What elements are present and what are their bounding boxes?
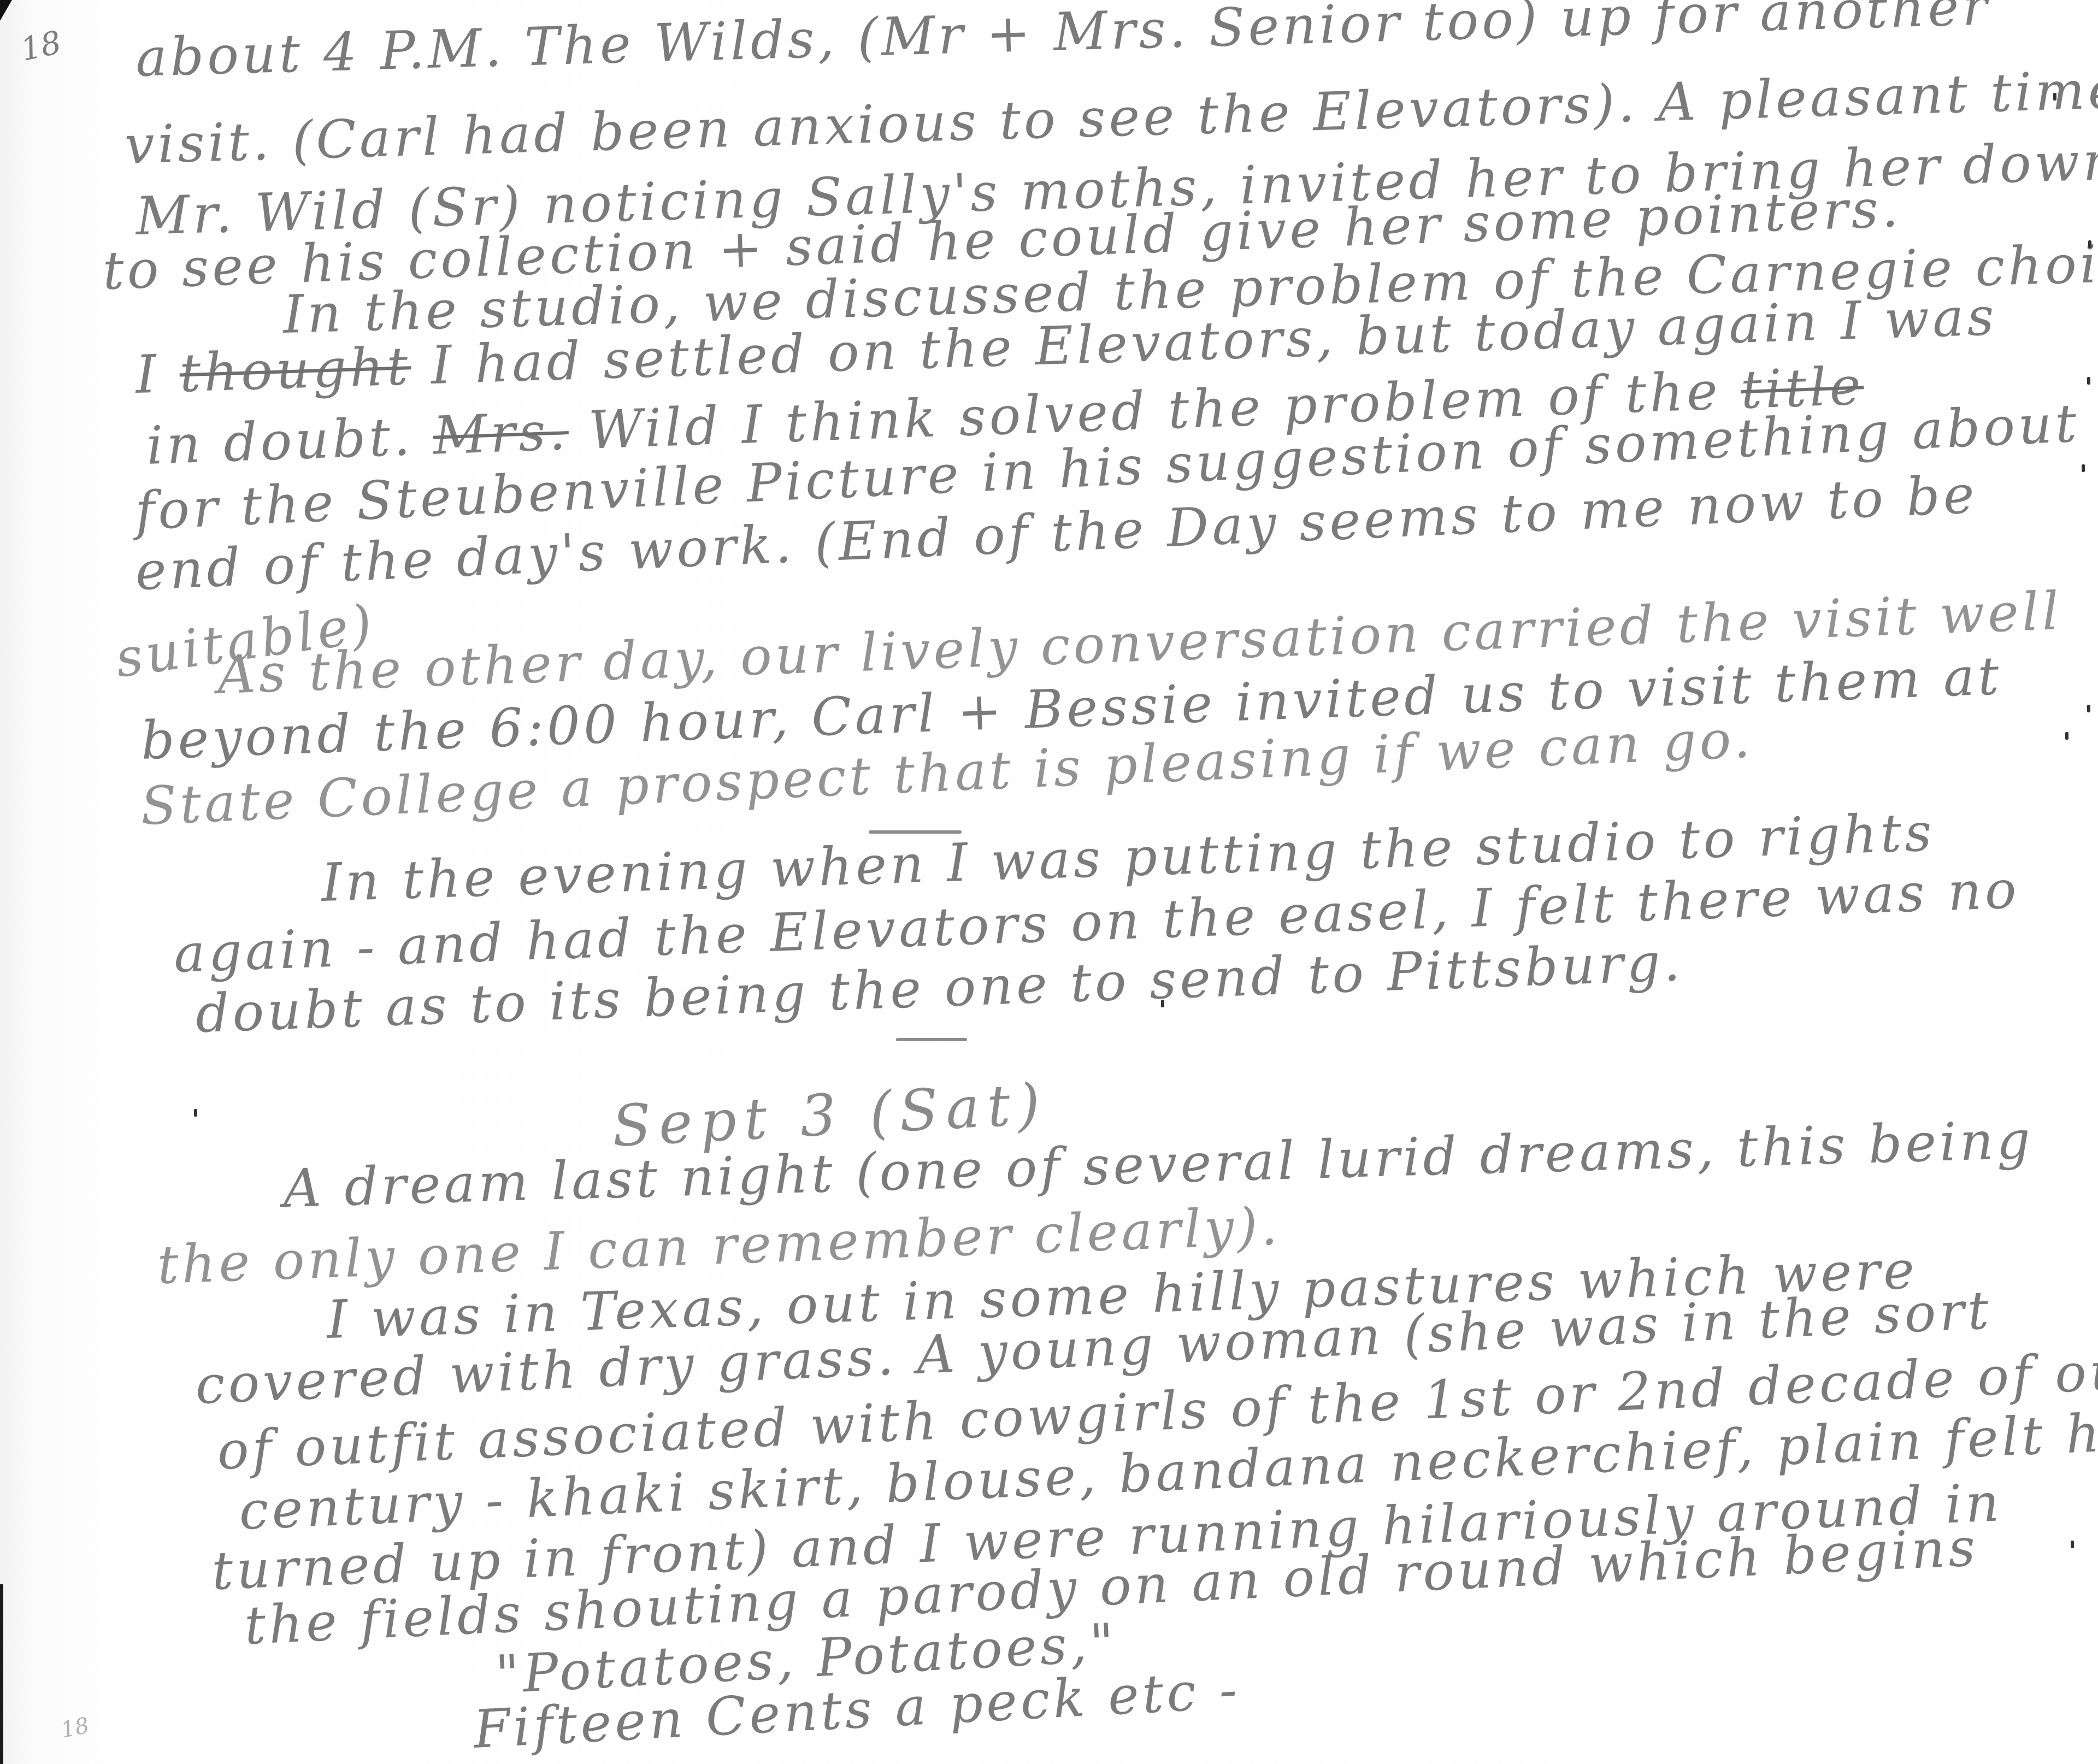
line-text: I — [134, 343, 180, 405]
scan-speck — [2065, 732, 2068, 740]
diary-page: 18 about 4 P.M. The Wilds, (Mr + Mrs. Se… — [0, 0, 2098, 1764]
scan-speck — [2087, 377, 2090, 385]
struck-word: thought — [179, 335, 412, 404]
scan-left-edge — [0, 1584, 3, 1764]
scan-speck — [2087, 705, 2090, 712]
page-number-top: 18 — [17, 23, 64, 68]
scan-speck — [2071, 1541, 2074, 1548]
scan-speck — [1161, 1000, 1164, 1007]
line-text: in doubt. — [145, 405, 434, 476]
page-number-bottom: 18 — [59, 1713, 91, 1743]
pencil-mark — [896, 1038, 967, 1041]
scan-speck — [2088, 240, 2091, 248]
scan-corner-shadow — [0, 0, 12, 21]
scan-speck — [2053, 93, 2056, 101]
scan-speck — [194, 1109, 197, 1117]
struck-word: Mrs. — [432, 400, 570, 467]
scan-speck — [2082, 464, 2085, 472]
